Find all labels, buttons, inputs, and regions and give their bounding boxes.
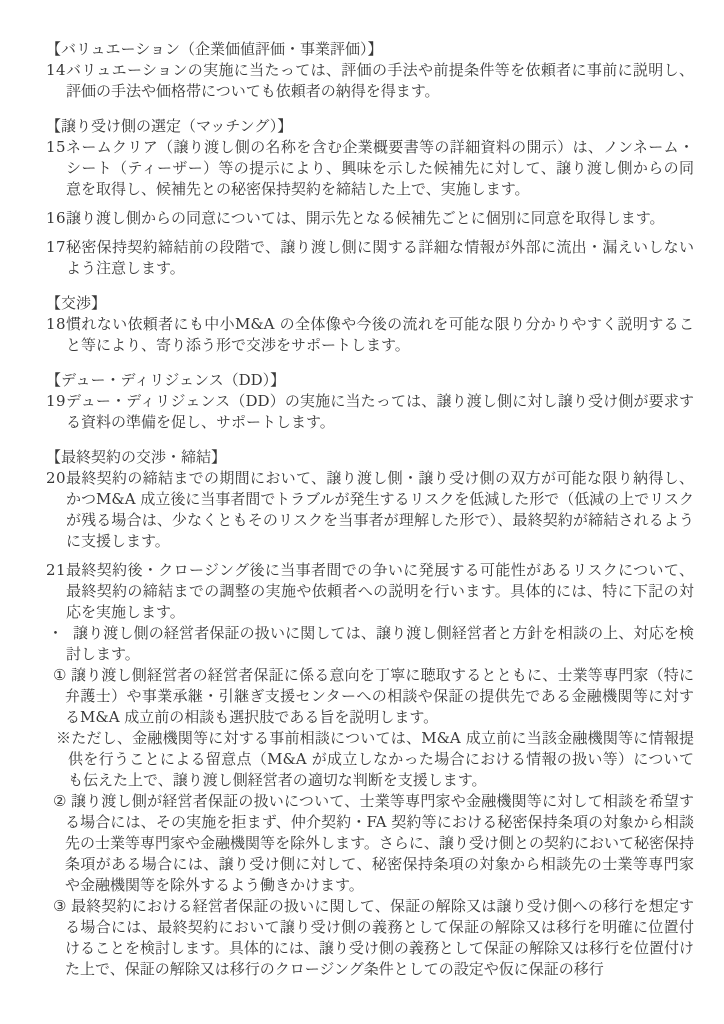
- item-number: 16: [46, 208, 66, 229]
- numbered-item-21: 21 最終契約後・クロージング後に当事者間での争いに発展する可能性があるリスクに…: [46, 560, 694, 623]
- note-marker: ※: [56, 729, 71, 747]
- item-number: 19: [46, 391, 66, 412]
- numbered-item-17: 17 秘密保持契約締結前の段階で、譲り渡し側に関する詳細な情報が外部に流出・漏え…: [46, 237, 694, 279]
- numbered-item-18: 18 慣れない依頼者にも中小M&A の全体像や今後の流れを可能な限り分かりやすく…: [46, 314, 694, 356]
- item-text: 最終契約の締結までの期間において、譲り渡し側・譲り受け側の双方が可能な限り納得し…: [66, 469, 694, 550]
- item-text: デュー・ディリジェンス（DD）の実施に当たっては、譲り渡し側に対し譲り受け側が要…: [66, 392, 694, 431]
- section-header-negotiation: 【交渉】: [46, 293, 694, 314]
- circled-text: 譲り渡し側が経営者保証の扱いについて、士業等専門家や金融機関等に対して相談を希望…: [65, 792, 694, 894]
- item-text: 秘密保持契約締結前の段階で、譲り渡し側に関する詳細な情報が外部に流出・漏えいしな…: [66, 238, 694, 277]
- item-text: 譲り渡し側からの同意については、開示先となる候補先ごとに個別に同意を取得します。: [66, 209, 665, 227]
- item-text: 最終契約後・クロージング後に当事者間での争いに発展する可能性があるリスクについて…: [66, 561, 694, 621]
- note-text: ただし、金融機関等に対する事前相談については、M&A 成立前に当該金融機関等に情…: [68, 729, 694, 789]
- circled-item-1: ① 譲り渡し側経営者の経営者保証に係る意向を丁寧に聴取するとともに、士業等専門家…: [46, 665, 694, 728]
- document-page: 【バリュエーション（企業価値評価・事業評価）】 14 バリュエーションの実施に当…: [0, 0, 724, 1024]
- section-header-matching: 【譲り受け側の選定（マッチング）】: [46, 116, 694, 137]
- item-number: 17: [46, 237, 66, 258]
- section-header-final-contract: 【最終契約の交渉・締結】: [46, 447, 694, 468]
- circled-number: ①: [53, 665, 66, 686]
- circled-text: 譲り渡し側経営者の経営者保証に係る意向を丁寧に聴取するとともに、士業等専門家（特…: [65, 666, 694, 726]
- bullet-marker: ・: [48, 623, 63, 644]
- circled-number: ③: [53, 896, 66, 917]
- item-number: 21: [46, 560, 66, 581]
- numbered-item-20: 20 最終契約の締結までの期間において、譲り渡し側・譲り受け側の双方が可能な限り…: [46, 468, 694, 552]
- circled-item-3: ③ 最終契約における経営者保証の扱いに関して、保証の解除又は譲り受け側への移行を…: [46, 896, 694, 980]
- numbered-item-19: 19 デュー・ディリジェンス（DD）の実施に当たっては、譲り渡し側に対し譲り受け…: [46, 391, 694, 433]
- item-number: 15: [46, 137, 66, 158]
- circled-item-2: ② 譲り渡し側が経営者保証の扱いについて、士業等専門家や金融機関等に対して相談を…: [46, 791, 694, 896]
- item-number: 20: [46, 468, 66, 489]
- section-header-valuation: 【バリュエーション（企業価値評価・事業評価）】: [46, 39, 694, 60]
- item-number: 18: [46, 314, 66, 335]
- item-text: ネームクリア（譲り渡し側の名称を含む企業概要書等の詳細資料の開示）は、ノンネーム…: [66, 138, 694, 198]
- item-number: 14: [46, 60, 66, 81]
- numbered-item-15: 15 ネームクリア（譲り渡し側の名称を含む企業概要書等の詳細資料の開示）は、ノン…: [46, 137, 694, 200]
- numbered-item-14: 14 バリュエーションの実施に当たっては、評価の手法や前提条件等を依頼者に事前に…: [46, 60, 694, 102]
- item-text: 慣れない依頼者にも中小M&A の全体像や今後の流れを可能な限り分かりやすく説明す…: [66, 315, 694, 354]
- note-item: ※ただし、金融機関等に対する事前相談については、M&A 成立前に当該金融機関等に…: [46, 728, 694, 791]
- item-text: バリュエーションの実施に当たっては、評価の手法や前提条件等を依頼者に事前に説明し…: [66, 61, 694, 100]
- circled-text: 最終契約における経営者保証の扱いに関して、保証の解除又は譲り受け側への移行を想定…: [65, 897, 694, 978]
- numbered-item-16: 16 譲り渡し側からの同意については、開示先となる候補先ごとに個別に同意を取得し…: [46, 208, 694, 229]
- section-header-due-diligence: 【デュー・ディリジェンス（DD）】: [46, 370, 694, 391]
- circled-number: ②: [53, 791, 66, 812]
- bullet-item-guarantee-policy: ・ 譲り渡し側の経営者保証の扱いに関しては、譲り渡し側経営者と方針を相談の上、対…: [46, 623, 694, 665]
- bullet-text: 譲り渡し側の経営者保証の扱いに関しては、譲り渡し側経営者と方針を相談の上、対応を…: [66, 624, 694, 663]
